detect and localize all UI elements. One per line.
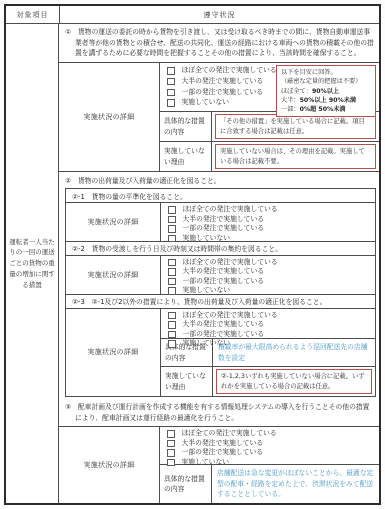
checkbox-label: ほぼ全ての発注で実施している xyxy=(182,66,277,76)
checkbox-option: 大半の発注で実施している xyxy=(168,215,375,225)
header-compliance-status: 遵守状況 xyxy=(60,6,379,23)
guide-annotation-box: 以下を目安に回答。 （厳密な定量的把握は不要） ほぼ全て：90%以上 大半：50… xyxy=(276,65,376,117)
checkbox-option: 大半の発注で実施している xyxy=(168,267,375,277)
compliance-status-table: 対象項目 遵守状況 運転者一人当たりの一回の運送ごとの貨物の重量の増加に関する措… xyxy=(4,4,381,505)
guide-line: （厳密な定量的把握は不要） xyxy=(281,77,371,86)
checkbox-label: 大半の発注で実施している xyxy=(183,320,265,330)
checkbox-option: 一部の発注で実施している xyxy=(167,448,379,458)
section2-1-checkbox-group: ほぼ全ての発注で実施している 大半の発注で実施している 一部の発注で実施している… xyxy=(161,203,375,241)
implementation-detail-label: 実施状況の詳細 xyxy=(59,63,160,171)
checkbox-label: 実施していない xyxy=(183,234,231,244)
s2-not-implemented-note: ②-1,2,3いずれも実施していない場合に記載。いずれかを実施している場合の記載… xyxy=(216,369,372,394)
checkbox-option: 実施していない xyxy=(167,458,379,468)
guide-item: ほぼ全て：90%以上 xyxy=(281,87,371,96)
checkbox[interactable] xyxy=(168,225,176,233)
section2-3-checkbox-group: ほぼ全ての発注で実施している 大半の発注で実施している 一部の発注で実施している… xyxy=(161,309,375,338)
checkbox[interactable] xyxy=(167,440,175,448)
section3-detail-block: 実施状況の詳細 ほぼ全ての発注で実施している 大半の発注で実施している 一部の発… xyxy=(59,426,379,503)
implementation-detail-label: 実施状況の詳細 xyxy=(66,309,161,396)
checkbox[interactable] xyxy=(167,99,175,107)
implementation-detail-label: 実施状況の詳細 xyxy=(66,256,161,294)
checkbox-option: ほぼ全ての発注で実施している xyxy=(168,258,375,268)
section2-2-heading: ②-2 貨物の受渡しを行う日及び時刻又は時間帯の集約を図ること。 xyxy=(66,242,375,256)
checkbox-label: 一部の発注で実施している xyxy=(183,224,265,234)
checkbox-label: ほぼ全ての発注で実施している xyxy=(183,258,278,268)
checkbox-option: 実施していない xyxy=(168,286,375,296)
section1-text: ① 貨物の運送の委託の時から貨物を引き渡し、又は受け取るべき時までの間に、貨物自… xyxy=(59,24,379,62)
reason-not-implemented-row: 実施していない理由 ②-1,2,3いずれも実施していない場合に記載。いずれかを実… xyxy=(161,366,375,396)
measures-entry-text: 店舗配送は急な変更がほぼないことから、最適な定型の配車・経路を定めた上で、渋滞状… xyxy=(215,467,376,501)
table-header-row: 対象項目 遵守状況 xyxy=(6,6,379,24)
reason-not-implemented-row: 実施していない理由 実施していない場合は、その理由を記載。実施している場合は記載… xyxy=(160,141,379,171)
checkbox-label: ほぼ全ての発注で実施している xyxy=(183,205,278,215)
checkbox-option: 一部の発注で実施している xyxy=(168,224,375,234)
checkbox[interactable] xyxy=(168,259,176,267)
checkbox[interactable] xyxy=(168,278,176,286)
checkbox-label: 一部の発注で実施している xyxy=(183,330,265,340)
checkbox[interactable] xyxy=(167,459,175,467)
checkbox-option: 一部の発注で実施している xyxy=(168,330,375,340)
checkbox[interactable] xyxy=(167,78,175,86)
section1-detail-block: 実施状況の詳細 ほぼ全ての発注で実施している 大半の発注で実施している 一部の発… xyxy=(59,62,379,172)
status-column: ① 貨物の運送の委託の時から貨物を引き渡し、又は受け取るべき時までの間に、貨物自… xyxy=(59,24,379,503)
checkbox-label: 大半の発注で実施している xyxy=(182,439,264,449)
guide-item: 大半：50%以上 90%未満 xyxy=(281,96,371,105)
other-measures-note: 「その他の措置」を実施している場合に記載。項目に合致する場合は記載は任意。 xyxy=(215,114,376,139)
checkbox-option: ほぼ全ての発注で実施している xyxy=(168,205,375,215)
reason-not-implemented-label: 実施していない理由 xyxy=(160,142,212,171)
checkbox-label: 実施していない xyxy=(183,286,231,296)
concrete-measures-label: 具体的な措置の内容 xyxy=(160,112,212,141)
checkbox[interactable] xyxy=(168,287,176,295)
checkbox-label: ほぼ全ての発注で実施している xyxy=(182,429,277,439)
checkbox-label: 一部の発注で実施している xyxy=(182,88,264,98)
checkbox[interactable] xyxy=(167,67,175,75)
reason-not-implemented-label: 実施していない理由 xyxy=(161,367,213,396)
header-target-item: 対象項目 xyxy=(6,6,60,23)
section2-1-heading: ②-1 貨物の量の平準化を図ること。 xyxy=(66,189,375,203)
section2-3-heading: ②-3 ②-1及び2以外の措置により、貨物の出荷量及び入荷量の適正化を図ること。 xyxy=(66,295,375,309)
checkbox-label: ほぼ全ての発注で実施している xyxy=(183,311,278,321)
document-page: 対象項目 遵守状況 運転者一人当たりの一回の運送ごとの貨物の重量の増加に関する措… xyxy=(0,0,385,509)
section2-1-detail: 実施状況の詳細 ほぼ全ての発注で実施している 大半の発注で実施している 一部の発… xyxy=(66,203,375,242)
checkbox-option: 大半の発注で実施している xyxy=(168,320,375,330)
checkbox-option: 実施していない xyxy=(168,234,375,244)
guide-line: 以下を目安に回答。 xyxy=(281,68,371,77)
checkbox[interactable] xyxy=(168,268,176,276)
checkbox[interactable] xyxy=(168,216,176,224)
checkbox-option: 実施していない xyxy=(168,339,375,349)
checkbox[interactable] xyxy=(167,449,175,457)
checkbox-label: 大半の発注で実施している xyxy=(182,77,264,87)
checkbox[interactable] xyxy=(167,89,175,97)
table-body: 運転者一人当たりの一回の運送ごとの貨物の重量の増加に関する措置 ① 貨物の運送の… xyxy=(6,24,379,503)
section2-heading: ② 貨物の出荷量及び入荷量の適正化を図ること。 xyxy=(59,172,379,188)
target-item-cell: 運転者一人当たりの一回の運送ごとの貨物の重量の増加に関する措置 xyxy=(6,24,59,503)
concrete-measures-row: 具体的な措置の内容 店舗配送は急な変更がほぼないことから、最適な定型の配車・経路… xyxy=(160,464,379,503)
checkbox[interactable] xyxy=(167,430,175,438)
not-implemented-note: 実施していない場合は、その理由を記載。実施している場合は記載不要。 xyxy=(215,144,376,169)
checkbox[interactable] xyxy=(168,206,176,214)
checkbox-label: 実施していない xyxy=(182,458,230,468)
checkbox[interactable] xyxy=(168,312,176,320)
section2-2-checkbox-group: ほぼ全ての発注で実施している 大半の発注で実施している 一部の発注で実施している… xyxy=(161,256,375,294)
section2-box: ②-1 貨物の量の平準化を図ること。 実施状況の詳細 ほぼ全ての発注で実施してい… xyxy=(65,188,376,397)
guide-item: 一部：0%超 50%未満 xyxy=(281,105,371,114)
checkbox-label: 一部の発注で実施している xyxy=(182,448,264,458)
section1-checkbox-group: ほぼ全ての発注で実施している 大半の発注で実施している 一部の発注で実施している… xyxy=(160,63,379,111)
checkbox[interactable] xyxy=(168,321,176,329)
section2-3-detail: 実施状況の詳細 ほぼ全ての発注で実施している 大半の発注で実施している 一部の発… xyxy=(66,309,375,396)
checkbox-label: 実施していない xyxy=(182,98,230,108)
checkbox-option: ほぼ全ての発注で実施している xyxy=(167,429,379,439)
implementation-detail-label: 実施状況の詳細 xyxy=(59,427,160,503)
checkbox-label: 大半の発注で実施している xyxy=(183,267,265,277)
section3-text: ③ 配車計画及び運行計画を作成する機能を有する情報処理システムの導入を行うことそ… xyxy=(59,399,379,426)
section2-2-detail: 実施状況の詳細 ほぼ全ての発注で実施している 大半の発注で実施している 一部の発… xyxy=(66,256,375,295)
section3-checkbox-group: ほぼ全ての発注で実施している 大半の発注で実施している 一部の発注で実施している… xyxy=(160,427,379,464)
checkbox-label: 大半の発注で実施している xyxy=(183,215,265,225)
checkbox-option: 大半の発注で実施している xyxy=(167,439,379,449)
checkbox-option: ほぼ全ての発注で実施している xyxy=(168,311,375,321)
concrete-measures-label: 具体的な措置の内容 xyxy=(160,465,212,503)
checkbox[interactable] xyxy=(168,331,176,339)
implementation-detail-label: 実施状況の詳細 xyxy=(66,203,161,241)
checkbox-label: 実施していない xyxy=(183,339,231,349)
checkbox[interactable] xyxy=(168,340,176,348)
checkbox[interactable] xyxy=(168,235,176,243)
